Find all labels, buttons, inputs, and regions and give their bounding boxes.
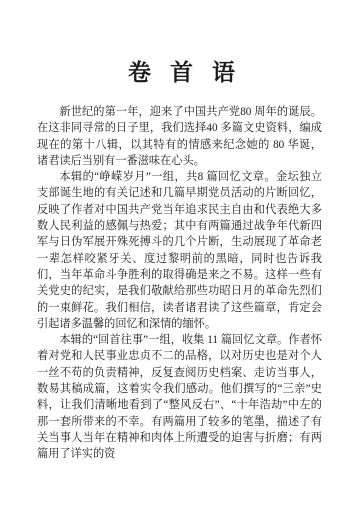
page-title: 卷首语 [0, 58, 363, 87]
paragraph-zhengrong-suiyue: 本辑的“峥嵘岁月”一组，共8 篇回忆文章。金坛独立支部诞生地的有关记述和几篇早期… [37, 169, 322, 332]
paragraph-huishou-wangshi: 本辑的“回首往事”一组，收集 11 篇回忆文章。作者怀着对党和人民事业忠贞不二的… [37, 332, 322, 462]
paragraph-intro: 新世纪的第一年，迎来了中国共产党80 周年的诞辰。在这非同寻常的日子里，我们选择… [37, 104, 322, 169]
page-content: 新世纪的第一年，迎来了中国共产党80 周年的诞辰。在这非同寻常的日子里，我们选择… [37, 104, 322, 463]
book-page: 卷首语 新世纪的第一年，迎来了中国共产党80 周年的诞辰。在这非同寻常的日子里，… [0, 0, 363, 517]
